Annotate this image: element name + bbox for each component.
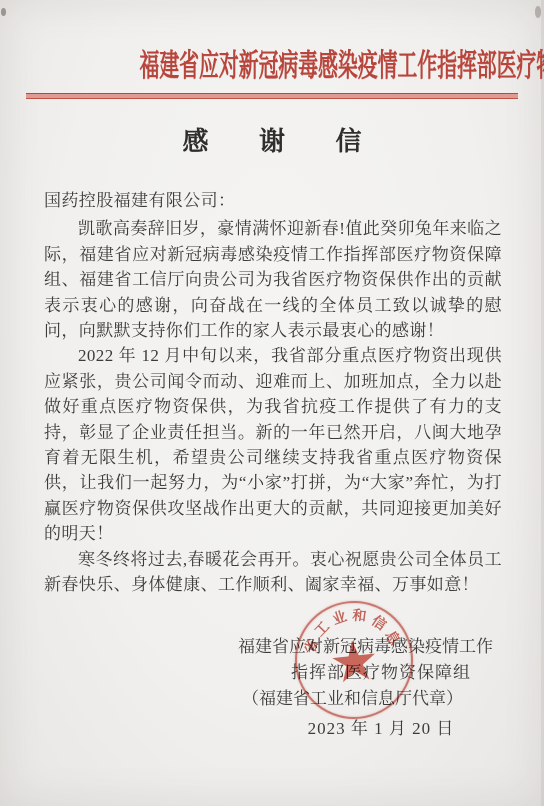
signature-block: 福建省应对新冠病毒感染疫情工作 指挥部医疗物资保障组 （福建省工业和信息厅代章）…	[238, 634, 524, 742]
signature-proxy-note: （福建省工业和信息厅代章）	[238, 686, 524, 712]
signature-org-line-2: 指挥部医疗物资保障组	[238, 660, 524, 686]
signature-org-line-1: 福建省应对新冠病毒感染疫情工作	[238, 634, 524, 660]
letterhead-org-text: 福建省应对新冠病毒感染疫情工作指挥部医疗物资保障组	[140, 40, 544, 85]
signature-date: 2023 年 1 月 20 日	[238, 716, 524, 742]
seal-ring-char: 业	[329, 606, 349, 629]
letter-page: 福建省应对新冠病毒感染疫情工作指挥部医疗物资保障组 感 谢 信 国药控股福建有限…	[0, 0, 544, 806]
letter-title: 感 谢 信	[0, 121, 544, 158]
scan-artifact	[1, 8, 6, 16]
paragraph-3: 寒冬终将过去,春暖花会再开。衷心祝愿贵公司全体员工新春快乐、身体健康、工作顺利、…	[44, 547, 502, 598]
seal-ring-char: 和	[351, 605, 367, 627]
letterhead-divider-rule	[26, 93, 518, 99]
letterhead-org-line: 福建省应对新冠病毒感染疫情工作指挥部医疗物资保障组	[0, 40, 544, 85]
paragraph-1: 凯歌高奏辞旧岁，豪情满怀迎新春!值此癸卯兔年来临之际，福建省应对新冠病毒感染疫情…	[44, 216, 502, 343]
seal-ring-char: 信	[368, 610, 391, 634]
salutation: 国药控股福建有限公司：	[44, 188, 502, 213]
paragraph-2: 2022 年 12 月中旬以来，我省部分重点医疗物资出现供应紧张，贵公司闻令而动…	[44, 343, 502, 546]
letter-body: 国药控股福建有限公司： 凯歌高奏辞旧岁，豪情满怀迎新春!值此癸卯兔年来临之际，福…	[44, 188, 502, 598]
